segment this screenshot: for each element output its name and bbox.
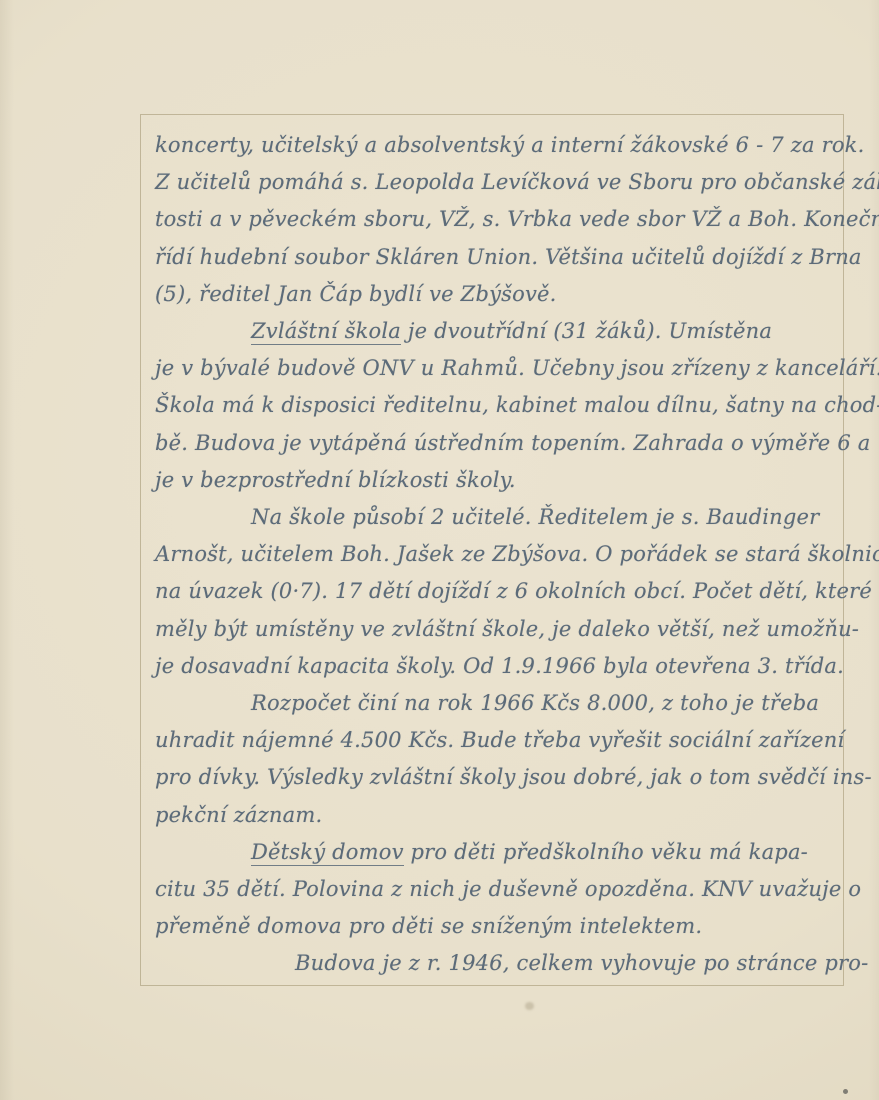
handwriting-line: pro dívky. Výsledky zvláštní školy jsou … xyxy=(155,759,837,796)
handwriting-line: řídí hudební soubor Skláren Union. Větši… xyxy=(155,239,837,276)
handwriting-line: tosti a v pěveckém sboru, VŽ, s. Vrbka v… xyxy=(155,201,837,238)
page-border-frame: koncerty, učitelský a absolventský a int… xyxy=(140,114,844,986)
section-heading-special-school: Zvláštní škola xyxy=(251,319,401,345)
handwriting-line: citu 35 dětí. Polovina z nich je duševně… xyxy=(155,871,837,908)
handwriting-line: Na škole působí 2 učitelé. Ředitelem je … xyxy=(155,499,837,536)
scanned-chronicle-page: koncerty, učitelský a absolventský a int… xyxy=(0,0,879,1100)
handwriting-text: je dvoutřídní (31 žáků). Umístěna xyxy=(401,319,772,343)
handwriting-line: bě. Budova je vytápěná ústředním topením… xyxy=(155,425,837,462)
ink-speck xyxy=(843,1089,848,1094)
handwriting-line: Z učitelů pomáhá s. Leopolda Levíčková v… xyxy=(155,164,837,201)
handwriting-line: je dosavadní kapacita školy. Od 1.9.1966… xyxy=(155,648,837,685)
handwriting-line: přeměně domova pro děti se sníženým inte… xyxy=(155,908,837,945)
handwriting-line: Budova je z r. 1946, celkem vyhovuje po … xyxy=(155,945,837,982)
handwriting-line: Dětský domov pro děti předškolního věku … xyxy=(155,834,837,871)
handwriting-text: pro děti předškolního věku má kapa- xyxy=(404,840,808,864)
handwriting-line: je v bývalé budově ONV u Rahmů. Učebny j… xyxy=(155,350,837,387)
handwriting-line: Zvláštní škola je dvoutřídní (31 žáků). … xyxy=(155,313,837,350)
handwriting-line: měly být umístěny ve zvláštní škole, je … xyxy=(155,611,837,648)
handwriting-line: pekční záznam. xyxy=(155,797,837,834)
handwriting-line: Škola má k disposici ředitelnu, kabinet … xyxy=(155,387,837,424)
handwriting-line: na úvazek (0·7). 17 dětí dojíždí z 6 oko… xyxy=(155,573,837,610)
handwriting-line: uhradit nájemné 4.500 Kčs. Bude třeba vy… xyxy=(155,722,837,759)
handwriting-line: Rozpočet činí na rok 1966 Kčs 8.000, z t… xyxy=(155,685,837,722)
handwriting-line: Arnošt, učitelem Boh. Jašek ze Zbýšova. … xyxy=(155,536,837,573)
section-heading-childrens-home: Dětský domov xyxy=(251,840,404,866)
handwriting-line: je v bezprostřední blízkosti školy. xyxy=(155,462,837,499)
paper-smudge xyxy=(525,1002,534,1010)
handwriting-line: (5), ředitel Jan Čáp bydlí ve Zbýšově. xyxy=(155,276,837,313)
handwriting-line: koncerty, učitelský a absolventský a int… xyxy=(155,127,837,164)
